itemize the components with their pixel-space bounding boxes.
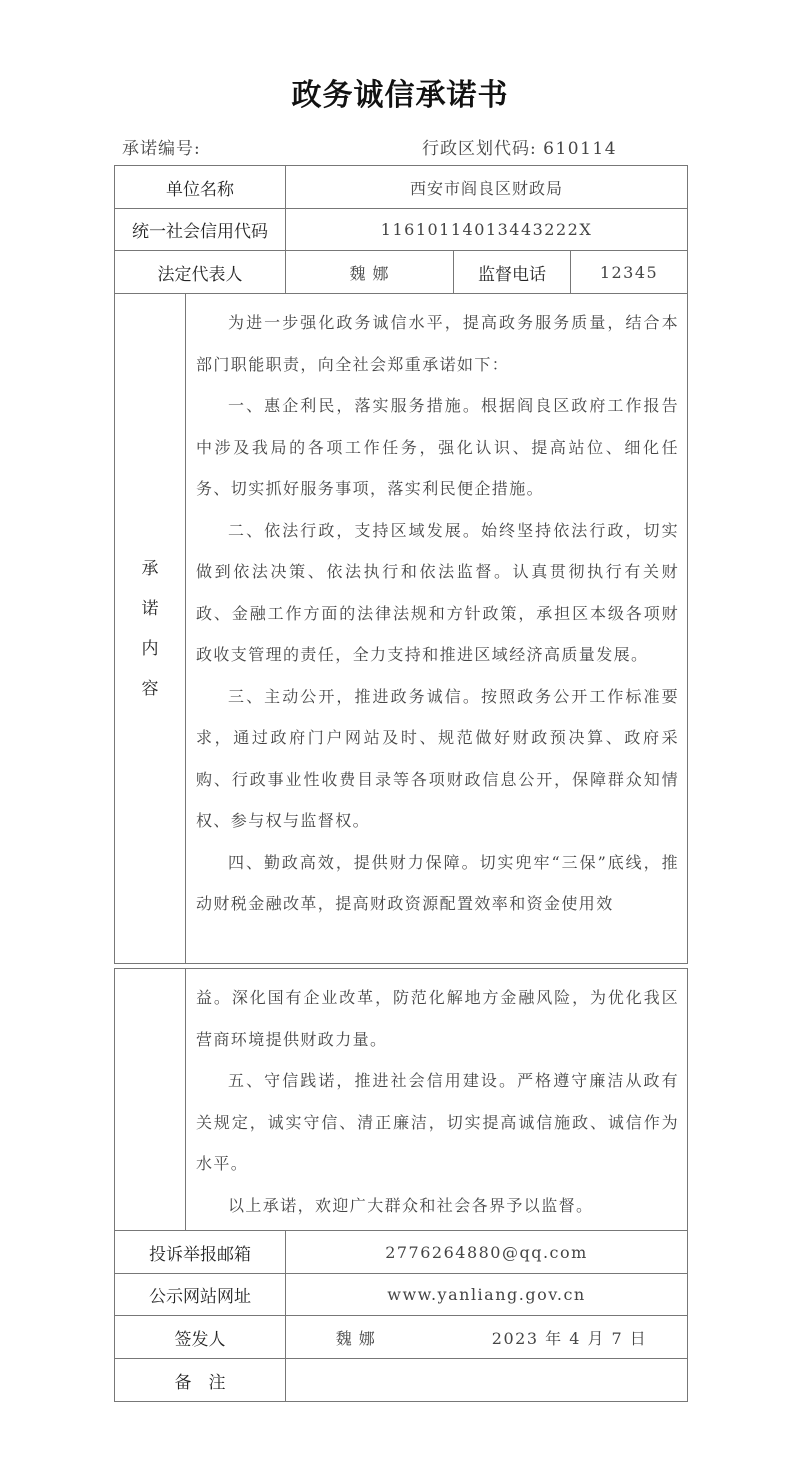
region-code-value: 610114 <box>543 139 617 159</box>
commitment-table-page2: 益。深化国有企业改革，防范化解地方金融风险，为优化我区营商环境提供财政力量。 五… <box>114 968 688 1402</box>
table-row-remarks: 备 注 <box>115 1359 688 1402</box>
content-paragraph: 三、主动公开，推进政务诚信。按照政务公开工作标准要求，通过政府门户网站及时、规范… <box>196 676 679 842</box>
website-label: 公示网站网址 <box>115 1274 286 1316</box>
table-row-legal-rep: 法定代表人 魏 娜 监督电话 12345 <box>115 251 688 294</box>
content-paragraph: 以上承诺，欢迎广大群众和社会各界予以监督。 <box>196 1185 679 1227</box>
unit-name-value: 西安市阎良区财政局 <box>286 166 688 209</box>
legal-rep-value: 魏 娜 <box>286 251 454 294</box>
table-row-content-continued: 益。深化国有企业改革，防范化解地方金融风险，为优化我区营商环境提供财政力量。 五… <box>115 969 688 1231</box>
document-title: 政务诚信承诺书 <box>0 70 800 114</box>
content-paragraph: 四、勤政高效，提供财力保障。切实兜牢“三保”底线，推动财税金融改革，提高财政资源… <box>196 842 679 925</box>
content-label-empty <box>115 969 186 1231</box>
content-paragraph: 为进一步强化政务诚信水平，提高政务服务质量，结合本部门职能职责，向全社会郑重承诺… <box>196 302 679 385</box>
issuer-name: 魏 娜 <box>326 1326 486 1349</box>
legal-rep-label: 法定代表人 <box>115 251 286 294</box>
supervision-phone-label: 监督电话 <box>454 251 571 294</box>
content-body-continued: 益。深化国有企业改革，防范化解地方金融风险，为优化我区营商环境提供财政力量。 五… <box>186 969 688 1231</box>
credit-code-value: 11610114013443222X <box>286 209 688 251</box>
content-paragraph: 益。深化国有企业改革，防范化解地方金融风险，为优化我区营商环境提供财政力量。 <box>196 977 679 1060</box>
commitment-table-page1: 单位名称 西安市阎良区财政局 统一社会信用代码 1161011401344322… <box>114 165 688 964</box>
issuer-cell: 魏 娜 2023 年 4 月 7 日 <box>286 1316 688 1359</box>
content-paragraph: 二、依法行政，支持区域发展。始终坚持依法行政，切实做到依法决策、依法执行和依法监… <box>196 510 679 676</box>
region-code-label: 行政区划代码: <box>422 139 537 159</box>
table-row-content: 承 诺 内 容 为进一步强化政务诚信水平，提高政务服务质量，结合本部门职能职责，… <box>115 294 688 964</box>
commitment-number-label: 承诺编号: <box>122 134 201 159</box>
content-label: 承 诺 内 容 <box>115 294 186 964</box>
table-row-email: 投诉举报邮箱 2776264880@qq.com <box>115 1231 688 1274</box>
complaint-email-label: 投诉举报邮箱 <box>115 1231 286 1274</box>
supervision-phone-value: 12345 <box>571 251 688 294</box>
table-row-website: 公示网站网址 www.yanliang.gov.cn <box>115 1274 688 1316</box>
remarks-label: 备 注 <box>115 1359 286 1402</box>
remarks-value <box>286 1359 688 1402</box>
table-row-unit-name: 单位名称 西安市阎良区财政局 <box>115 166 688 209</box>
complaint-email-value: 2776264880@qq.com <box>286 1231 688 1274</box>
table-row-credit-code: 统一社会信用代码 11610114013443222X <box>115 209 688 251</box>
content-body: 为进一步强化政务诚信水平，提高政务服务质量，结合本部门职能职责，向全社会郑重承诺… <box>186 294 688 964</box>
unit-name-label: 单位名称 <box>115 166 286 209</box>
content-paragraph: 五、守信践诺，推进社会信用建设。严格遵守廉洁从政有关规定，诚实守信、清正廉洁，切… <box>196 1060 679 1185</box>
website-value: www.yanliang.gov.cn <box>286 1274 688 1316</box>
table-row-issuer: 签发人 魏 娜 2023 年 4 月 7 日 <box>115 1316 688 1359</box>
issue-date: 2023 年 4 月 7 日 <box>492 1329 648 1348</box>
region-code: 行政区划代码: 610114 <box>422 134 617 159</box>
issuer-label: 签发人 <box>115 1316 286 1359</box>
credit-code-label: 统一社会信用代码 <box>115 209 286 251</box>
content-paragraph: 一、惠企利民，落实服务措施。根据阎良区政府工作报告中涉及我局的各项工作任务，强化… <box>196 385 679 510</box>
